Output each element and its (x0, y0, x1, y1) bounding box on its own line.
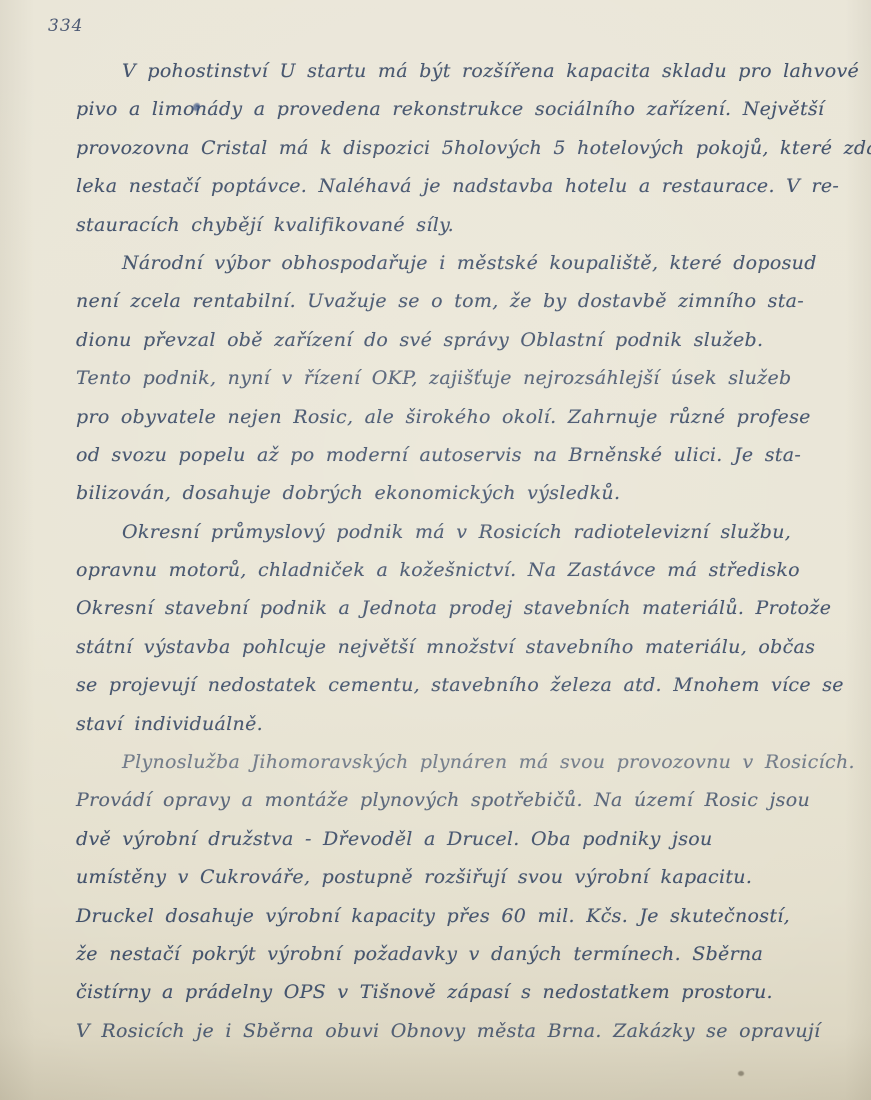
paper-speck (738, 1071, 744, 1076)
paragraph: Okresní průmyslový podnik má v Rosicích … (76, 513, 866, 743)
page-number: 334 (48, 16, 83, 36)
paragraph: V Rosicích je i Sběrna obuvi Obnovy měst… (76, 1012, 866, 1050)
handwritten-line: Plynoslužba Jihomoravských plynáren má s… (76, 743, 866, 781)
handwritten-line: Druckel dosahuje výrobní kapacity přes 6… (76, 897, 866, 935)
handwritten-line: pro obyvatele nejen Rosic, ale širokého … (76, 398, 866, 436)
handwritten-line: Provádí opravy a montáže plynových spotř… (76, 781, 866, 819)
handwritten-line: Národní výbor obhospodařuje i městské ko… (76, 244, 866, 282)
handwritten-line: se projevují nedostatek cementu, stavebn… (76, 666, 866, 704)
handwritten-line: bilizován, dosahuje dobrých ekonomických… (76, 474, 866, 512)
paragraph: Národní výbor obhospodařuje i městské ko… (76, 244, 866, 513)
handwritten-line: čistírny a prádelny OPS v Tišnově zápasí… (76, 973, 866, 1011)
handwritten-line: není zcela rentabilní. Uvažuje se o tom,… (76, 282, 866, 320)
handwritten-line: od svozu popelu až po moderní autoservis… (76, 436, 866, 474)
paragraph: Plynoslužba Jihomoravských plynáren má s… (76, 743, 866, 1012)
handwritten-line: státní výstavba pohlcuje největší množst… (76, 628, 866, 666)
manuscript-page: 334 V pohostinství U startu má být rozší… (0, 0, 871, 1100)
handwritten-line: opravnu motorů, chladniček a kožešnictví… (76, 551, 866, 589)
handwritten-line: V Rosicích je i Sběrna obuvi Obnovy měst… (76, 1012, 866, 1050)
handwritten-line: Okresní stavební podnik a Jednota prodej… (76, 589, 866, 627)
handwritten-line: umístěny v Cukrováře, postupně rozšiřují… (76, 858, 866, 896)
handwritten-line: Tento podnik, nyní v řízení OKP, zajišťu… (76, 359, 866, 397)
handwritten-line: leka nestačí poptávce. Naléhavá je nadst… (76, 167, 866, 205)
handwritten-line: že nestačí pokrýt výrobní požadavky v da… (76, 935, 866, 973)
handwritten-line: staví individuálně. (76, 705, 866, 743)
handwritten-line: provozovna Cristal má k dispozici 5holov… (76, 129, 866, 167)
paragraph: V pohostinství U startu má být rozšířena… (76, 52, 866, 244)
manuscript-text: V pohostinství U startu má být rozšířena… (76, 52, 866, 1050)
handwritten-line: Okresní průmyslový podnik má v Rosicích … (76, 513, 866, 551)
handwritten-line: stauracích chybějí kvalifikované síly. (76, 206, 866, 244)
handwritten-line: V pohostinství U startu má být rozšířena… (76, 52, 866, 90)
handwritten-line: dionu převzal obě zařízení do své správy… (76, 321, 866, 359)
handwritten-line: dvě výrobní družstva - Dřevoděl a Drucel… (76, 820, 866, 858)
